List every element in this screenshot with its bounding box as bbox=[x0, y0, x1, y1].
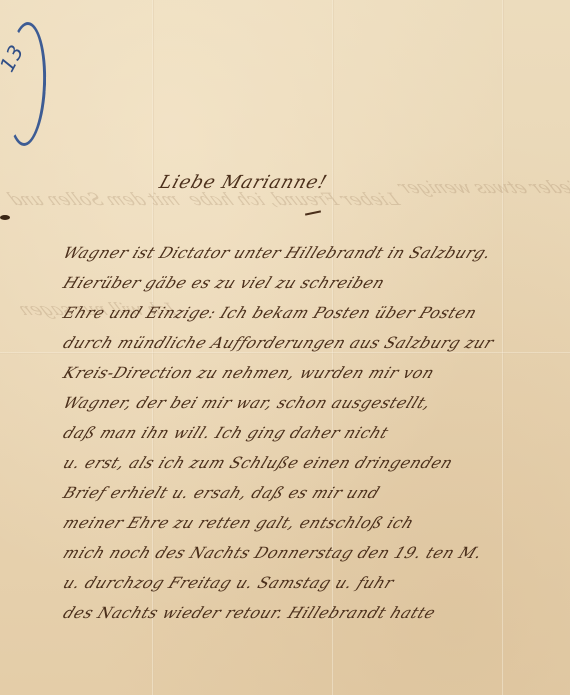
salutation-dash bbox=[305, 210, 321, 215]
letter-body: Wagner ist Dictator unter Hillebrandt in… bbox=[58, 238, 563, 628]
letter-line: Wagner, der bei mir war, schon ausgestel… bbox=[58, 388, 570, 418]
letter-line: u. durchzog Freitag u. Samstag u. fuhr bbox=[58, 568, 570, 598]
bleed-through-text: Lieber Freund, ich habe bbox=[184, 190, 404, 210]
letter-line: mich noch des Nachts Donnerstag den 19. … bbox=[58, 538, 570, 568]
letter-line: Ehre und Einzige: Ich bekam Posten über … bbox=[58, 298, 570, 328]
letter-line: u. erst, als ich zum Schluße einen dring… bbox=[58, 448, 570, 478]
letter-line: meiner Ehre zu retten galt, entschloß ic… bbox=[58, 508, 570, 538]
letter-line: des Nachts wieder retour. Hillebrandt ha… bbox=[58, 598, 570, 628]
letter-line: Hierüber gäbe es zu viel zu schreiben bbox=[58, 268, 570, 298]
letter-line: durch mündliche Aufforderungen aus Salzb… bbox=[58, 328, 570, 358]
bleed-through-text: wieder etwas weniger bbox=[394, 178, 570, 198]
letter-line: Brief erhielt u. ersah, daß es mir und bbox=[58, 478, 570, 508]
bleed-through-text: mit dem Sollen und bbox=[4, 190, 184, 210]
folio-circle bbox=[4, 21, 48, 146]
letter-line: Wagner ist Dictator unter Hillebrandt in… bbox=[58, 238, 570, 268]
letter-line: daß man ihn will. Ich ging daher nicht bbox=[58, 418, 570, 448]
ink-blot bbox=[0, 215, 10, 220]
letter-page: Lieber Freund, ich habe wieder etwas wen… bbox=[0, 0, 570, 695]
salutation: Liebe Marianne! bbox=[157, 172, 330, 193]
letter-line: Kreis-Direction zu nehmen, wurden mir vo… bbox=[58, 358, 570, 388]
